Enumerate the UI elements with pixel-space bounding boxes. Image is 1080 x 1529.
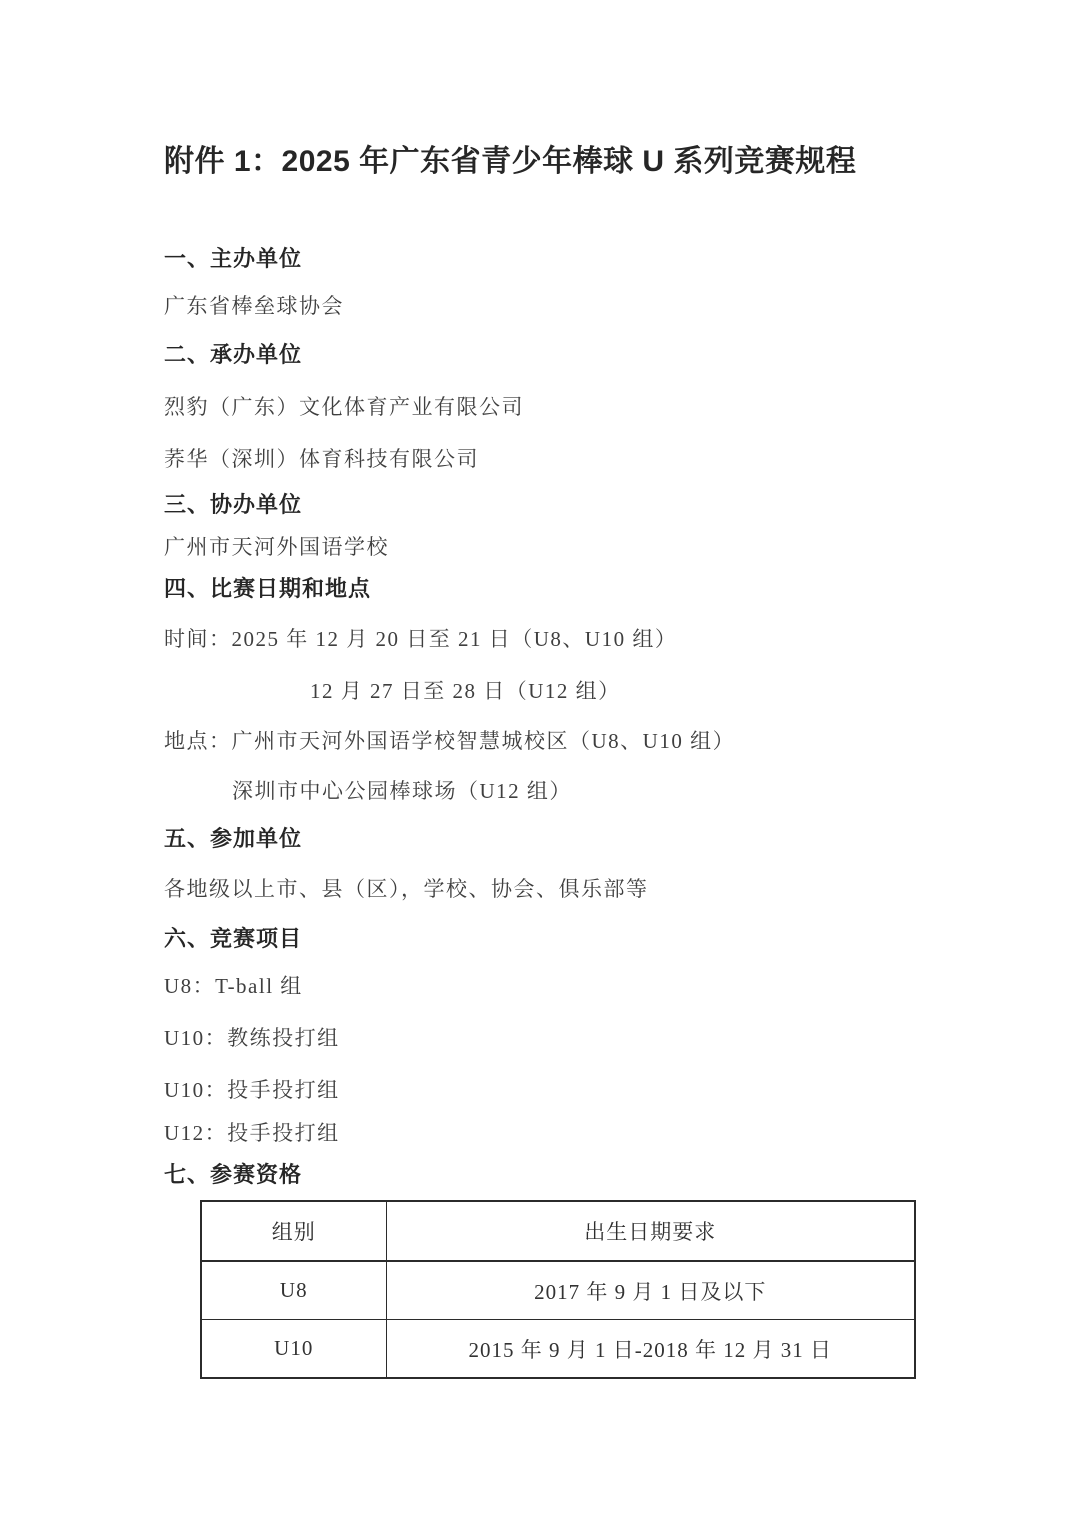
body-line-co-organizer: 广州市天河外国语学校 <box>164 532 950 562</box>
section-heading-eligibility: 七、参赛资格 <box>164 1160 950 1190</box>
table-header-row: 组别 出生日期要求 <box>201 1201 915 1261</box>
section-heading-host: 一、主办单位 <box>164 244 950 274</box>
table-cell-birthdate-u8: 2017 年 9 月 1 日及以下 <box>386 1261 915 1320</box>
section-heading-events: 六、竞赛项目 <box>164 924 950 954</box>
table-header-cell-birthdate: 出生日期要求 <box>386 1201 915 1261</box>
body-line-time-1: 时间：2025 年 12 月 20 日至 21 日（U8、U10 组） <box>164 624 950 654</box>
body-line-venue-2: 深圳市中心公园棒球场（U12 组） <box>232 776 950 806</box>
table-cell-birthdate-u10: 2015 年 9 月 1 日-2018 年 12 月 31 日 <box>386 1320 915 1379</box>
body-line-event-u10-coach: U10：教练投打组 <box>164 1023 950 1053</box>
document-page: 附件 1：2025 年广东省青少年棒球 U 系列竞赛规程 一、主办单位 广东省棒… <box>0 0 1080 1529</box>
body-line-venue-1: 地点：广州市天河外国语学校智慧城校区（U8、U10 组） <box>164 726 950 756</box>
table-header-cell-group: 组别 <box>201 1201 386 1261</box>
table-row-u10: U10 2015 年 9 月 1 日-2018 年 12 月 31 日 <box>201 1320 915 1379</box>
body-line-host-org: 广东省棒垒球协会 <box>164 291 950 321</box>
body-line-participants: 各地级以上市、县（区），学校、协会、俱乐部等 <box>164 874 950 904</box>
section-heading-organizer: 二、承办单位 <box>164 340 950 370</box>
section-heading-date-venue: 四、比赛日期和地点 <box>164 574 950 604</box>
section-heading-participants: 五、参加单位 <box>164 824 950 854</box>
doc-title: 附件 1：2025 年广东省青少年棒球 U 系列竞赛规程 <box>164 140 950 184</box>
eligibility-table: 组别 出生日期要求 U8 2017 年 9 月 1 日及以下 U10 2015 … <box>200 1200 916 1379</box>
section-heading-co-organizer: 三、协办单位 <box>164 490 950 520</box>
table-cell-group-u8: U8 <box>201 1261 386 1320</box>
body-line-time-2: 12 月 27 日至 28 日（U12 组） <box>310 676 950 706</box>
body-line-organizer-1: 烈豹（广东）文化体育产业有限公司 <box>164 392 950 422</box>
body-line-organizer-2: 荞华（深圳）体育科技有限公司 <box>164 444 950 474</box>
table-row-u8: U8 2017 年 9 月 1 日及以下 <box>201 1261 915 1320</box>
table-cell-group-u10: U10 <box>201 1320 386 1379</box>
body-line-event-u8: U8：T-ball 组 <box>164 971 950 1001</box>
body-line-event-u10-pitcher: U10：投手投打组 <box>164 1075 950 1105</box>
body-line-event-u12-pitcher: U12：投手投打组 <box>164 1118 950 1148</box>
